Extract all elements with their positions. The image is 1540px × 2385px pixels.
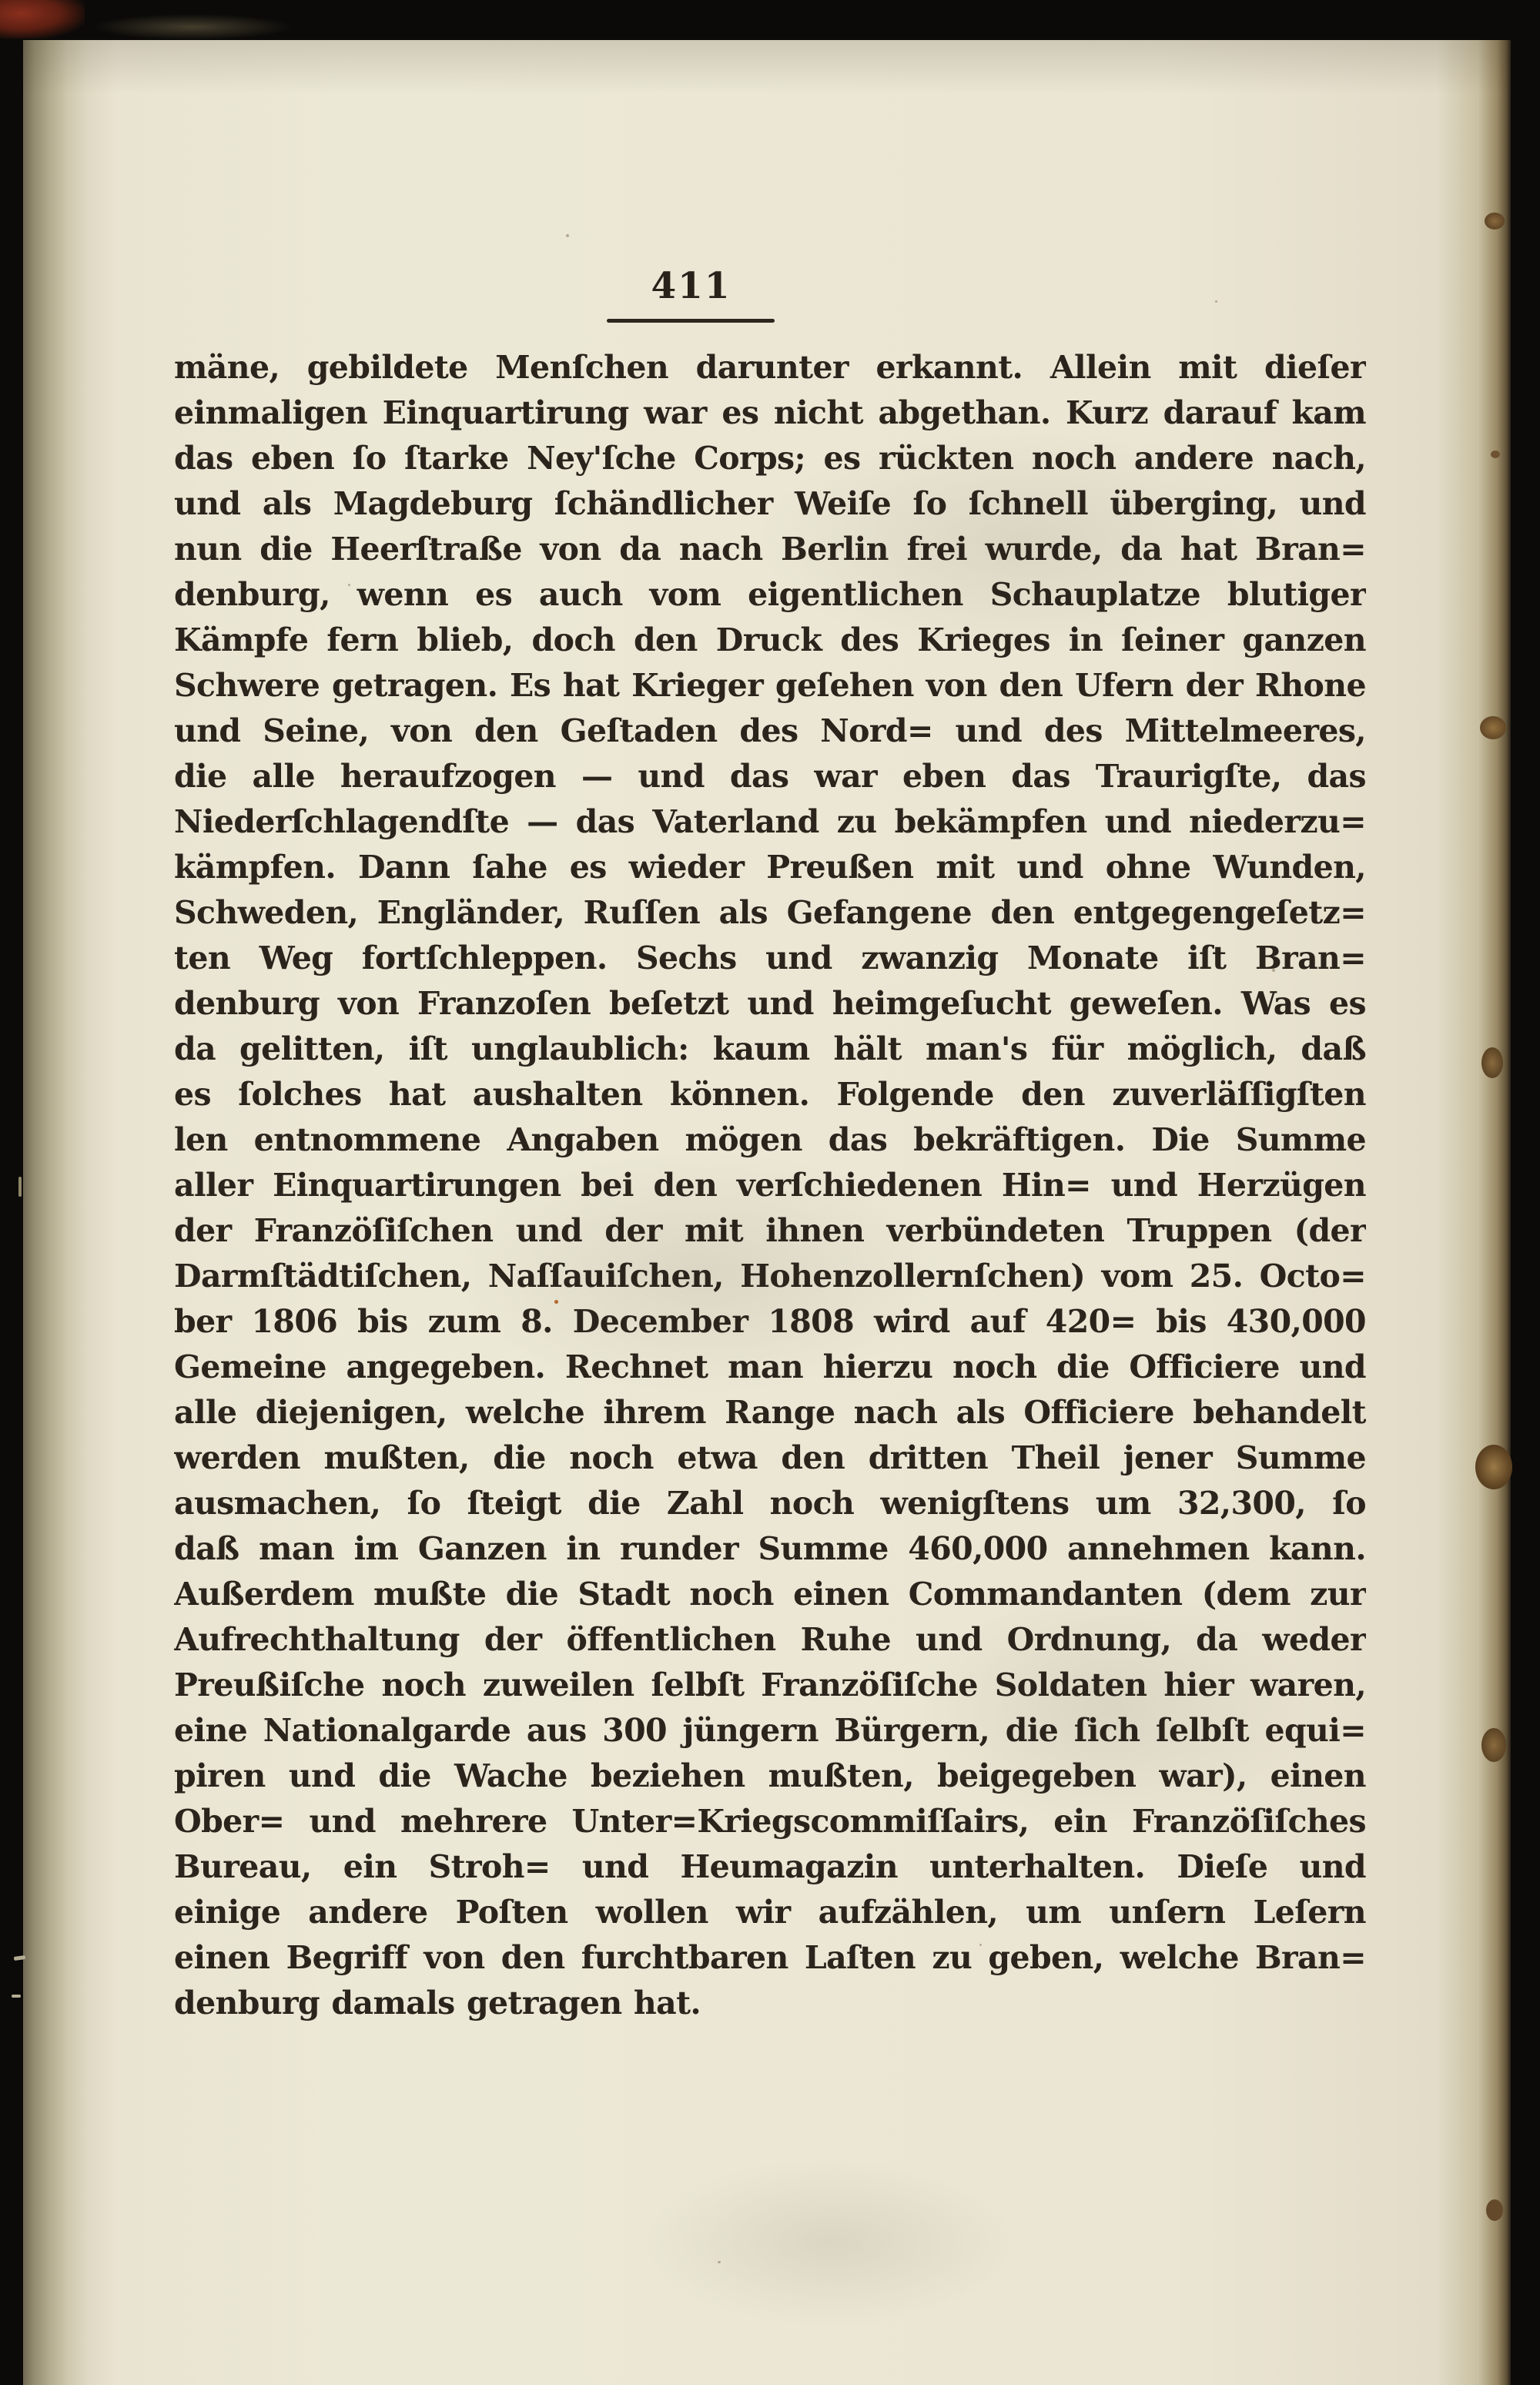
text-line: Darmſtädtiſchen, Naſſauiſchen, Hohenzoll… — [174, 1254, 1366, 1299]
text-line: Bureau, ein Stroh= und Heumagazin unterh… — [174, 1844, 1366, 1890]
text-line: einen Begriff von den furchtbaren Laſten… — [174, 1935, 1366, 1981]
text-line: und Seine, von den Geſtaden des Nord= un… — [174, 708, 1366, 754]
text-line: einige andere Poſten wollen wir aufzähle… — [174, 1890, 1366, 1935]
dust-speck — [283, 1320, 286, 1322]
text-line: der Franzöſiſchen und der mit ihnen verb… — [174, 1208, 1366, 1254]
book-page: 411 mäne, gebildete Menſchen darunter er… — [23, 40, 1511, 2385]
text-line: eine Nationalgarde aus 300 jüngern Bürge… — [174, 1708, 1366, 1754]
book-scan-background: 411 mäne, gebildete Menſchen darunter er… — [0, 0, 1540, 2385]
text-line: denburg damals getragen hat. — [174, 1981, 1366, 2026]
text-line: Aufrechthaltung der öffentlichen Ruhe un… — [174, 1617, 1366, 1663]
text-line: Gemeine angegeben. Rechnet man hierzu no… — [174, 1345, 1366, 1390]
text-line: nun die Heerſtraße von da nach Berlin fr… — [174, 527, 1366, 572]
text-line: daß man im Ganzen in runder Summe 460,00… — [174, 1526, 1366, 1572]
text-line: Ober= und mehrere Unter=Kriegscommiſſair… — [174, 1799, 1366, 1844]
text-line: alle diejenigen, welche ihrem Range nach… — [174, 1390, 1366, 1435]
page-edge-stain — [1481, 1728, 1506, 1762]
verso-show-through — [639, 2158, 1024, 2327]
page-text: mäne, gebildete Menſchen darunter erkann… — [174, 345, 1366, 2026]
text-line: aller Einquartirungen bei den verſchiede… — [174, 1163, 1366, 1208]
dust-speck — [718, 2261, 721, 2263]
page-edge-stain — [1485, 213, 1505, 229]
text-line: kämpfen. Dann ſahe es wieder Preußen mit… — [174, 845, 1366, 890]
page-edge-stain — [1480, 716, 1506, 739]
text-line: es ſolches hat aushalten können. Folgend… — [174, 1072, 1366, 1117]
dust-speck — [566, 234, 569, 237]
text-line: piren und die Wache beziehen mußten, bei… — [174, 1754, 1366, 1799]
dust-speck — [1215, 300, 1217, 303]
text-line: Niederſchlagendſte — das Vaterland zu be… — [174, 799, 1366, 845]
text-line: und als Magdeburg ſchändlicher Weiſe ſo … — [174, 481, 1366, 527]
text-line: len entnommene Angaben mögen das bekräft… — [174, 1117, 1366, 1163]
text-line: da gelitten, iſt unglaublich: kaum hält … — [174, 1027, 1366, 1072]
dust-speck — [1272, 969, 1275, 972]
text-line: einmaligen Einquartirung war es nicht ab… — [174, 390, 1366, 436]
page-edge-stain — [1475, 1445, 1512, 1489]
text-line: Schwere getragen. Es hat Krieger geſehen… — [174, 663, 1366, 708]
text-line: Preußiſche noch zuweilen ſelbſt Franzöſi… — [174, 1663, 1366, 1708]
page-edge-stain — [1491, 451, 1500, 458]
text-line: denburg von Franzoſen beſetzt und heimge… — [174, 981, 1366, 1027]
text-line: ten Weg fortſchleppen. Sechs und zwanzig… — [174, 936, 1366, 981]
text-line: das eben ſo ſtarke Ney'ſche Corps; es rü… — [174, 436, 1366, 481]
dust-speck — [979, 1944, 982, 1946]
text-line: werden mußten, die noch etwa den dritten… — [174, 1435, 1366, 1481]
text-line: die alle heraufzogen — und das war eben … — [174, 754, 1366, 799]
page-number: 411 — [608, 265, 774, 307]
text-line: ausmachen, ſo ſteigt die Zahl noch wenig… — [174, 1481, 1366, 1526]
text-line: ber 1806 bis zum 8. December 1808 wird a… — [174, 1299, 1366, 1345]
page-edge-stain — [1486, 2199, 1503, 2221]
leather-corner-top-left — [0, 0, 85, 39]
text-line: mäne, gebildete Menſchen darunter erkann… — [174, 345, 1366, 390]
top-edge-smear — [92, 14, 293, 40]
text-line: Schweden, Engländer, Ruſſen als Gefangen… — [174, 890, 1366, 936]
page-number-rule — [607, 319, 775, 323]
dust-speck — [554, 1300, 558, 1304]
page-edge-stain — [1481, 1047, 1503, 1078]
text-line: Außerdem mußte die Stadt noch einen Comm… — [174, 1572, 1366, 1617]
text-line: denburg, wenn es auch vom eigentlichen S… — [174, 572, 1366, 618]
spine-mark — [18, 1177, 22, 1197]
spine-mark — [12, 1995, 21, 1998]
dust-speck — [348, 584, 350, 586]
text-line: Kämpfe fern blieb, doch den Druck des Kr… — [174, 618, 1366, 663]
